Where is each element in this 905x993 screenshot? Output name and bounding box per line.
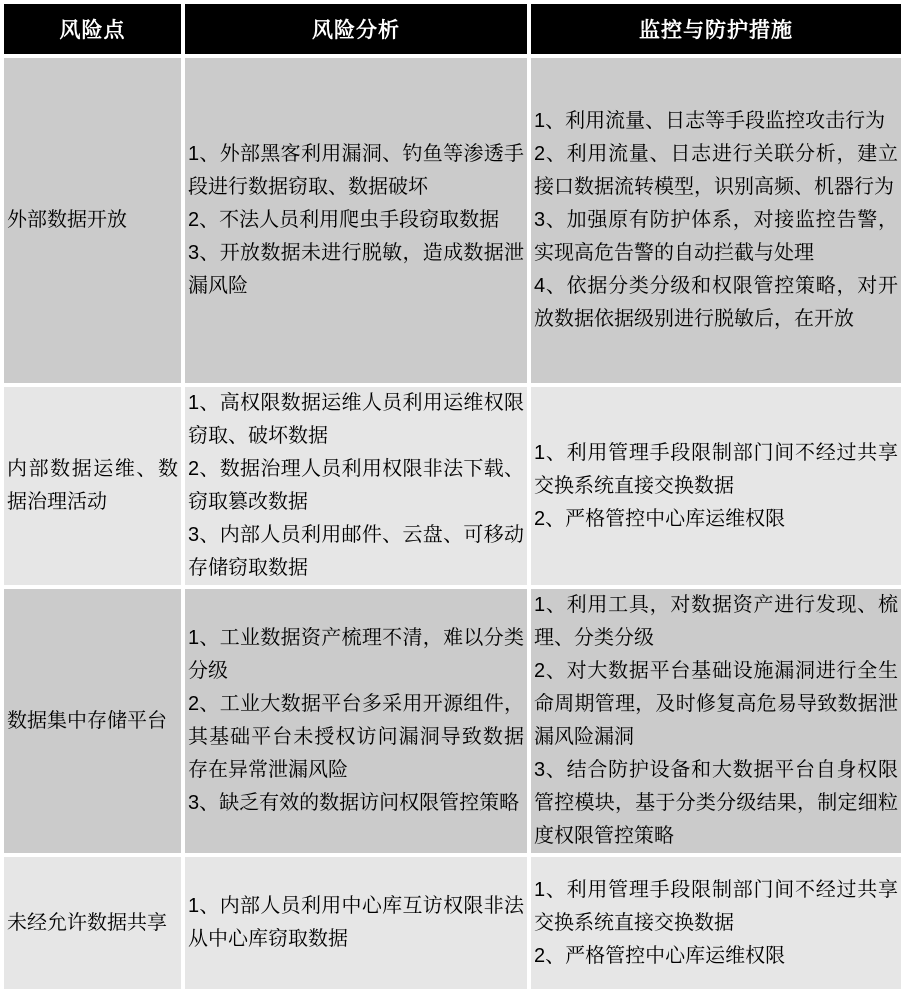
risk-point-cell: 内部数据运维、数据治理活动 (4, 387, 181, 585)
analysis-item: 1、工业数据资产梳理不清，难以分类分级 (188, 622, 524, 688)
header-measures: 监控与防护措施 (531, 4, 901, 54)
header-risk-point: 风险点 (4, 4, 181, 54)
table-row-internal-ops: 内部数据运维、数据治理活动 1、高权限数据运维人员利用运维权限窃取、破坏数据 2… (4, 387, 901, 585)
table-row-unauthorized-sharing: 未经允许数据共享 1、内部人员利用中心库互访权限非法从中心库窃取数据 1、利用管… (4, 857, 901, 989)
risk-point-cell: 未经允许数据共享 (4, 857, 181, 989)
measure-item: 2、严格管控中心库运维权限 (534, 940, 898, 973)
analysis-item: 2、工业大数据平台多采用开源组件，其基础平台未授权访问漏洞导致数据存在异常泄漏风… (188, 688, 524, 787)
risk-analysis-cell: 1、高权限数据运维人员利用运维权限窃取、破坏数据 2、数据治理人员利用权限非法下… (185, 387, 527, 585)
risk-point-cell: 数据集中存储平台 (4, 589, 181, 853)
header-risk-analysis: 风险分析 (185, 4, 527, 54)
measures-cell: 1、利用管理手段限制部门间不经过共享交换系统直接交换数据 2、严格管控中心库运维… (531, 387, 901, 585)
measure-item: 3、结合防护设备和大数据平台自身权限管控模块，基于分类分级结果，制定细粒度权限管… (534, 754, 898, 853)
table-row-external-data-open: 外部数据开放 1、外部黑客利用漏洞、钓鱼等渗透手段进行数据窃取、数据破坏 2、不… (4, 58, 901, 383)
risk-analysis-cell: 1、内部人员利用中心库互访权限非法从中心库窃取数据 (185, 857, 527, 989)
risk-point-cell: 外部数据开放 (4, 58, 181, 383)
measure-item: 1、利用管理手段限制部门间不经过共享交换系统直接交换数据 (534, 874, 898, 940)
measure-item: 2、严格管控中心库运维权限 (534, 503, 898, 536)
analysis-item: 2、数据治理人员利用权限非法下载、窃取篡改数据 (188, 453, 524, 519)
risk-analysis-cell: 1、工业数据资产梳理不清，难以分类分级 2、工业大数据平台多采用开源组件，其基础… (185, 589, 527, 853)
measure-item: 1、利用流量、日志等手段监控攻击行为 (534, 105, 898, 138)
measure-item: 1、利用管理手段限制部门间不经过共享交换系统直接交换数据 (534, 437, 898, 503)
analysis-item: 1、内部人员利用中心库互访权限非法从中心库窃取数据 (188, 890, 524, 956)
measure-item: 1、利用工具，对数据资产进行发现、梳理、分类分级 (534, 589, 898, 655)
table-row-central-storage: 数据集中存储平台 1、工业数据资产梳理不清，难以分类分级 2、工业大数据平台多采… (4, 589, 901, 853)
analysis-item: 2、不法人员利用爬虫手段窃取数据 (188, 204, 524, 237)
analysis-item: 3、缺乏有效的数据访问权限管控策略 (188, 787, 524, 820)
analysis-item: 3、内部人员利用邮件、云盘、可移动存储窃取数据 (188, 519, 524, 585)
analysis-item: 1、高权限数据运维人员利用运维权限窃取、破坏数据 (188, 387, 524, 453)
measure-item: 2、利用流量、日志进行关联分析，建立接口数据流转模型，识别高频、机器行为 (534, 138, 898, 204)
measure-item: 2、对大数据平台基础设施漏洞进行全生命周期管理，及时修复高危易导致数据泄漏风险漏… (534, 655, 898, 754)
risk-analysis-cell: 1、外部黑客利用漏洞、钓鱼等渗透手段进行数据窃取、数据破坏 2、不法人员利用爬虫… (185, 58, 527, 383)
risk-table: 风险点 风险分析 监控与防护措施 外部数据开放 1、外部黑客利用漏洞、钓鱼等渗透… (0, 0, 905, 993)
measures-cell: 1、利用流量、日志等手段监控攻击行为 2、利用流量、日志进行关联分析，建立接口数… (531, 58, 901, 383)
analysis-item: 1、外部黑客利用漏洞、钓鱼等渗透手段进行数据窃取、数据破坏 (188, 138, 524, 204)
measures-cell: 1、利用管理手段限制部门间不经过共享交换系统直接交换数据 2、严格管控中心库运维… (531, 857, 901, 989)
analysis-item: 3、开放数据未进行脱敏，造成数据泄漏风险 (188, 237, 524, 303)
risk-table-page: 风险点 风险分析 监控与防护措施 外部数据开放 1、外部黑客利用漏洞、钓鱼等渗透… (0, 0, 905, 993)
measures-cell: 1、利用工具，对数据资产进行发现、梳理、分类分级 2、对大数据平台基础设施漏洞进… (531, 589, 901, 853)
header-row: 风险点 风险分析 监控与防护措施 (4, 4, 901, 54)
measure-item: 4、依据分类分级和权限管控策略，对开放数据依据级别进行脱敏后，在开放 (534, 270, 898, 336)
measure-item: 3、加强原有防护体系，对接监控告警，实现高危告警的自动拦截与处理 (534, 204, 898, 270)
